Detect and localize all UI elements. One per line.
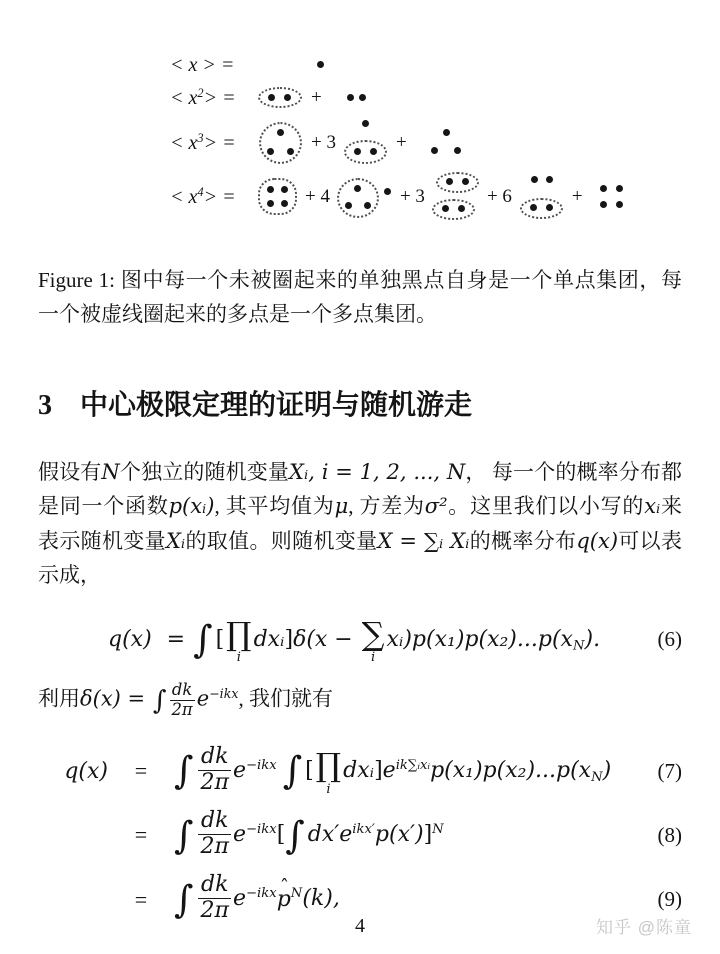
figure-operator: + [396,132,407,154]
moment-label-x3: < x3> = [170,132,258,155]
integral-sign: ∫ [193,617,212,661]
equation-number: (7) [611,759,682,784]
cluster-2-dots [258,87,304,109]
equation-array: q(x) = ∫dk2πe−ikx∫[∏idxᵢ]eik∑ᵢxᵢp(x₁)p(x… [38,746,682,925]
figure-row-x4: < x4> = + 4 + 3 + 6 [170,171,682,223]
equation-8: ∫dk2πe−ikx[∫dx′eikx′p(x′)]N [174,810,611,860]
sum-operator: ∑i [362,619,385,665]
product-operator: ∏i [226,619,251,665]
group-3-clustered-1-free [337,175,393,219]
equation-number: (9) [611,887,682,912]
figure-row-x3: < x3> = + 3 + [170,120,682,166]
p-hat: ˆp [277,887,291,912]
figure-row-x2: < x2> = + [170,85,682,111]
moment-label-x1: < x > = [170,54,258,77]
figure-caption: Figure 1: 图中每一个未被圈起来的单独黑点自身是一个单点集团，每一个被虚… [38,263,682,331]
figure-operator: + 6 [487,186,512,208]
equation-6: q(x) =∫[∏idxᵢ]δ(x − ∑ixᵢ)p(x₁)p(x₂)...p(… [108,617,682,663]
moment-label-x4: < x4> = [170,186,258,209]
watermark: 知乎 @陈童 [596,913,692,938]
figure-caption-label: Figure 1: [38,268,115,292]
fraction-dk-2pi: dk2π [198,809,230,859]
free-3-dots [428,127,464,159]
eq7-lhs: q(x) [38,759,108,784]
group-2-free-2-clustered [519,174,565,220]
product-operator: ∏i [316,750,341,796]
document-page: < x > = < x2> = + < x3> = + 3 [0,0,720,954]
group-1-free-2-clustered [343,118,389,168]
moment-label-x2: < x2> = [170,87,258,110]
integral-sign: ∫ [283,748,302,792]
fraction-dk-2pi: dk2π [170,681,195,719]
body-paragraph: 假设有N个独立的随机变量Xᵢ, i = 1, 2, ..., N， 每一个的概率… [38,455,682,593]
free-4-dots [600,185,625,210]
group-two-pair-clusters [432,172,480,222]
section-title: 中心极限定理的证明与随机游走 [80,390,472,421]
equation-number: (6) [658,627,683,652]
integral-sign: ∫ [174,813,193,857]
section-heading: 3中心极限定理的证明与随机游走 [38,383,682,423]
figure-operator: + 3 [400,186,425,208]
figure-row-x1: < x > = [170,54,682,76]
figure-operator: + 3 [311,132,336,154]
integral-sign: ∫ [285,813,304,857]
eq6-lhs: q(x) [108,627,152,652]
fraction-dk-2pi: dk2π [198,745,230,795]
figure-operator: + [311,87,322,109]
cluster-3-dots [258,121,304,165]
equation-7: ∫dk2πe−ikx∫[∏idxᵢ]eik∑ᵢxᵢp(x₁)p(x₂)...p(… [174,746,611,796]
single-dot [316,60,326,70]
integral-sign: ∫ [153,686,167,716]
inline-paragraph: 利用δ(x) = ∫dk2πe−ikx, 我们就有 [38,682,682,720]
section-number: 3 [38,390,52,421]
figure-operator: + 4 [305,186,330,208]
figure-1: < x > = < x2> = + < x3> = + 3 [170,54,682,223]
equation-number: (8) [611,823,682,848]
free-2-dots [347,94,367,102]
integral-sign: ∫ [174,748,193,792]
cluster-4-dots [258,178,298,216]
figure-operator: + [572,186,583,208]
